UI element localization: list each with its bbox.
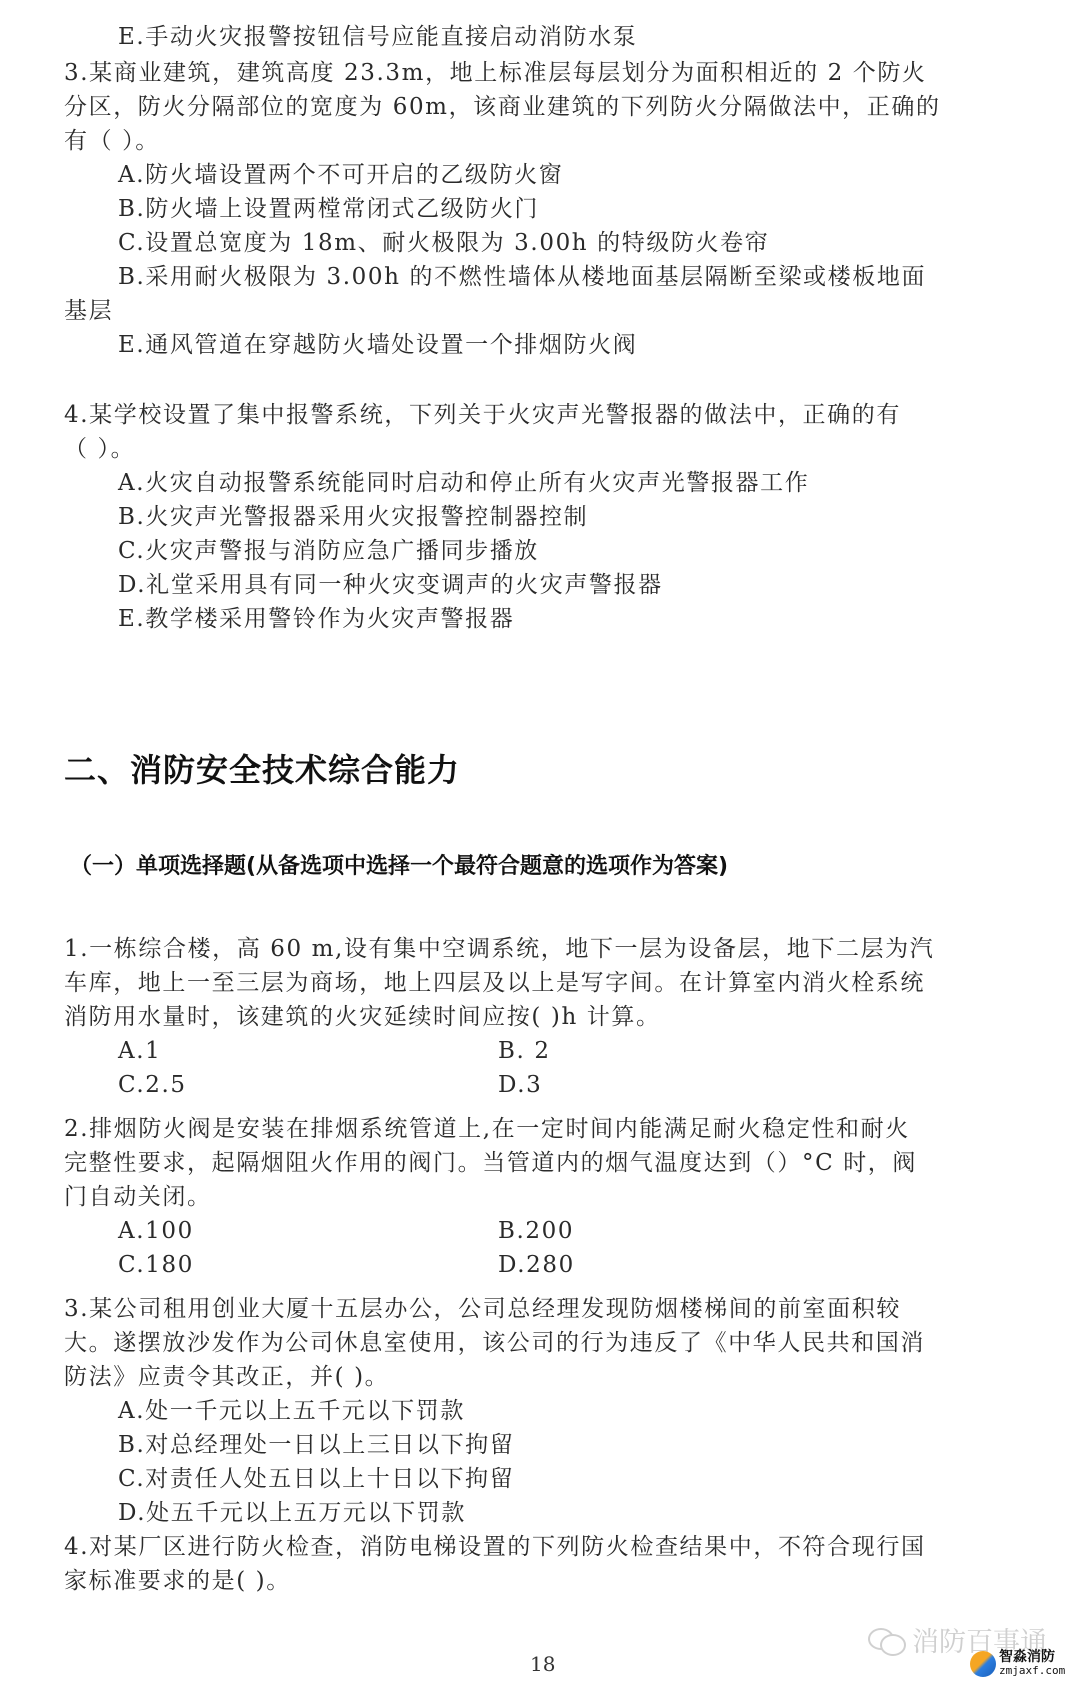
question-stem: 家标准要求的是( )。 xyxy=(64,1566,291,1596)
page-number: 18 xyxy=(530,1652,555,1676)
option-b: B.200 xyxy=(498,1216,574,1246)
option-b: B.火灾声光警报器采用火灾报警控制器控制 xyxy=(118,502,588,532)
option-e: E.教学楼采用警铃作为火灾声警报器 xyxy=(118,604,514,634)
logo-icon xyxy=(970,1651,996,1677)
q2-option-e: E.手动火灾报警按钮信号应能直接启动消防水泵 xyxy=(118,22,637,52)
question-stem: 分区，防火分隔部位的宽度为 60m，该商业建筑的下列防火分隔做法中，正确的 xyxy=(64,92,941,122)
question-stem: 车库，地上一至三层为商场，地上四层及以上是写字间。在计算室内消火栓系统 xyxy=(64,968,925,998)
option-c: C.设置总宽度为 18m、耐火极限为 3.00h 的特级防火卷帘 xyxy=(118,228,769,258)
question-stem: 大。遂摆放沙发作为公司休息室使用，该公司的行为违反了《中华人民共和国消 xyxy=(64,1328,925,1358)
option-b: B.防火墙上设置两樘常闭式乙级防火门 xyxy=(118,194,539,224)
option-d: D.3 xyxy=(498,1070,542,1100)
question-stem: 完整性要求，起隔烟阻火作用的阀门。当管道内的烟气温度达到（）°C 时，阀 xyxy=(64,1148,917,1178)
site-logo: 智淼消防 zmjaxf.com xyxy=(970,1650,1065,1678)
option-d: D.礼堂采用具有同一种火灾变调声的火灾声警报器 xyxy=(118,570,663,600)
option-b: B. 2 xyxy=(498,1036,551,1066)
question-stem: 2.排烟防火阀是安装在排烟系统管道上,在一定时间内能满足耐火稳定性和耐火 xyxy=(64,1114,910,1144)
option-d-continued: 基层 xyxy=(64,296,113,326)
question-stem: 4.对某厂区进行防火检查，消防电梯设置的下列防火检查结果中，不符合现行国 xyxy=(64,1532,926,1562)
option-d: D.处五千元以上五万元以下罚款 xyxy=(118,1498,466,1528)
option-d: D.280 xyxy=(498,1250,575,1280)
option-b: B.对总经理处一日以上三日以下拘留 xyxy=(118,1430,514,1460)
section-title: 二、消防安全技术综合能力 xyxy=(64,750,460,790)
option-d: B.采用耐火极限为 3.00h 的不燃性墙体从楼地面基层隔断至梁或楼板地面 xyxy=(118,262,926,292)
option-c: C.2.5 xyxy=(118,1070,187,1100)
question-stem: 1.一栋综合楼，高 60 m,设有集中空调系统，地下一层为设备层，地下二层为汽 xyxy=(64,934,934,964)
option-c: C.180 xyxy=(118,1250,194,1280)
question-stem: 消防用水量时，该建筑的火灾延续时间应按( )h 计算。 xyxy=(64,1002,661,1032)
question-stem: 3.某公司租用创业大厦十五层办公，公司总经理发现防烟楼梯间的前室面积较 xyxy=(64,1294,901,1324)
option-a: A.1 xyxy=(118,1036,161,1066)
question-stem: 有（ ）。 xyxy=(64,126,160,156)
option-e: E.通风管道在穿越防火墙处设置一个排烟防火阀 xyxy=(118,330,637,360)
logo-url: zmjaxf.com xyxy=(999,1664,1065,1678)
question-stem: 门自动关闭。 xyxy=(64,1182,212,1212)
question-stem: 防法》应责令其改正，并( )。 xyxy=(64,1362,389,1392)
option-a: A.防火墙设置两个不可开启的乙级防火窗 xyxy=(118,160,563,190)
logo-name: 智淼消防 xyxy=(999,1650,1065,1664)
option-a: A.100 xyxy=(118,1216,194,1246)
wechat-icon xyxy=(868,1626,906,1654)
option-c: C.火灾声警报与消防应急广播同步播放 xyxy=(118,536,539,566)
question-stem: 4.某学校设置了集中报警系统，下列关于火灾声光警报器的做法中，正确的有 xyxy=(64,400,901,430)
option-a: A.处一千元以上五千元以下罚款 xyxy=(118,1396,465,1426)
option-c: C.对责任人处五日以上十日以下拘留 xyxy=(118,1464,514,1494)
question-stem: 3.某商业建筑，建筑高度 23.3m，地上标准层每层划分为面积相近的 2 个防火 xyxy=(64,58,927,88)
option-a: A.火灾自动报警系统能同时启动和停止所有火灾声光警报器工作 xyxy=(118,468,809,498)
subsection-title: （一）单项选择题(从备选项中选择一个最符合题意的选项作为答案) xyxy=(70,852,728,882)
question-stem: （ ）。 xyxy=(64,434,135,464)
